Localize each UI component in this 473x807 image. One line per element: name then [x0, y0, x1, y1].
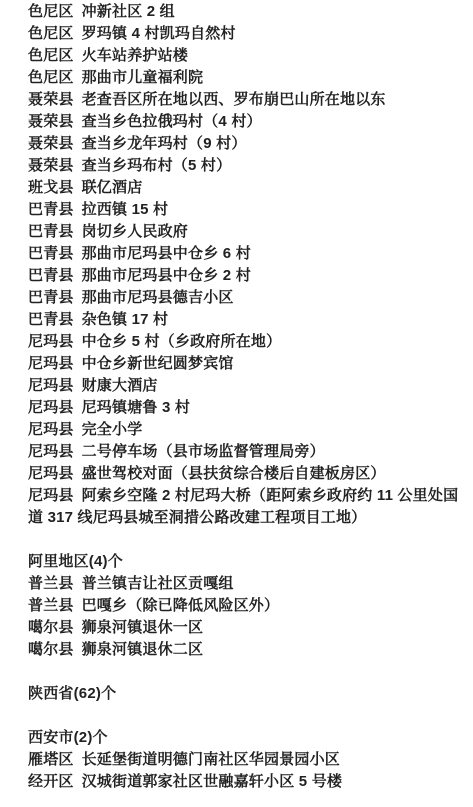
risk-area-entry: 经开区汉城街道郭家社区世融嘉轩小区 5 号楼 [28, 771, 469, 793]
place-label: 完全小学 [82, 421, 143, 438]
place-label: 查当乡玛布村（5 村） [82, 157, 232, 174]
risk-area-entry: 聂荣县老查吾区所在地以西、罗布崩巴山所在地以东 [28, 89, 469, 111]
place-label: 那曲市尼玛县中仓乡 2 村 [82, 267, 251, 284]
district-label: 色尼区 [28, 25, 74, 42]
place-label: 罗玛镇 4 村凯玛自然村 [82, 25, 236, 42]
risk-area-entry: 色尼区那曲市儿童福利院 [28, 67, 469, 89]
district-label: 尼玛县 [28, 421, 74, 438]
risk-area-entry: 巴青县拉西镇 15 村 [28, 199, 469, 221]
risk-area-entry: 尼玛县尼玛镇塘鲁 3 村 [28, 397, 469, 419]
place-label: 岗切乡人民政府 [82, 223, 188, 240]
place-label: 那曲市尼玛县德吉小区 [82, 289, 234, 306]
risk-area-entry: 巴青县那曲市尼玛县中仓乡 2 村 [28, 265, 469, 287]
district-label: 聂荣县 [28, 157, 74, 174]
district-label: 巴青县 [28, 201, 74, 218]
district-label: 尼玛县 [28, 355, 74, 372]
place-label: 拉西镇 15 村 [82, 201, 169, 218]
place-label: 二号停车场（县市场监督管理局旁） [82, 443, 325, 460]
risk-area-entry: 尼玛县阿索乡空隆 2 村尼玛大桥（距阿索乡政府约 11 公里处国道 317 线尼… [28, 485, 469, 529]
place-label: 盛世驾校对面（县扶贫综合楼后自建板房区） [82, 465, 386, 482]
district-label: 尼玛县 [28, 377, 74, 394]
risk-area-entry: 巴青县杂色镇 17 村 [28, 309, 469, 331]
district-label: 雁塔区 [28, 751, 74, 768]
place-label: 财康大酒店 [82, 377, 158, 394]
place-label: 汉城街道郭家社区世融嘉轩小区 5 号楼 [82, 773, 342, 790]
district-label: 普兰县 [28, 575, 74, 592]
risk-area-entry: 聂荣县查当乡龙年玛村（9 村） [28, 133, 469, 155]
place-label: 阿索乡空隆 2 村尼玛大桥（距阿索乡政府约 11 公里处国道 317 线尼玛县城… [28, 487, 458, 526]
blank-line [28, 661, 469, 683]
risk-area-entry: 色尼区罗玛镇 4 村凯玛自然村 [28, 23, 469, 45]
place-label: 尼玛镇塘鲁 3 村 [82, 399, 190, 416]
risk-area-entry: 聂荣县查当乡玛布村（5 村） [28, 155, 469, 177]
place-label: 狮泉河镇退休一区 [82, 619, 204, 636]
risk-area-document: 色尼区冲新社区 2 组色尼区罗玛镇 4 村凯玛自然村色尼区火车站养护站楼色尼区那… [0, 0, 473, 793]
district-label: 尼玛县 [28, 487, 74, 504]
district-label: 噶尔县 [28, 641, 74, 658]
risk-area-entry: 巴青县岗切乡人民政府 [28, 221, 469, 243]
district-label: 巴青县 [28, 223, 74, 240]
risk-area-entry: 普兰县普兰镇吉让社区贡嘎组 [28, 573, 469, 595]
place-label: 查当乡龙年玛村（9 村） [82, 135, 247, 152]
district-label: 聂荣县 [28, 135, 74, 152]
risk-area-entry: 雁塔区长延堡街道明德门南社区华园景园小区 [28, 749, 469, 771]
place-label: 联亿酒店 [82, 179, 143, 196]
risk-area-entry: 尼玛县盛世驾校对面（县扶贫综合楼后自建板房区） [28, 463, 469, 485]
district-label: 尼玛县 [28, 333, 74, 350]
district-label: 巴青县 [28, 289, 74, 306]
place-label: 那曲市尼玛县中仓乡 6 村 [82, 245, 251, 262]
risk-area-entry: 聂荣县查当乡色拉俄玛村（4 村） [28, 111, 469, 133]
place-label: 普兰镇吉让社区贡嘎组 [82, 575, 234, 592]
place-label: 冲新社区 2 组 [82, 3, 175, 20]
place-label: 中仓乡 5 村（乡政府所在地） [82, 333, 282, 350]
district-label: 色尼区 [28, 3, 74, 20]
district-label: 噶尔县 [28, 619, 74, 636]
place-label: 查当乡色拉俄玛村（4 村） [82, 113, 262, 130]
section-header: 西安市(2)个 [28, 727, 469, 749]
place-label: 杂色镇 17 村 [82, 311, 169, 328]
risk-area-entry: 噶尔县狮泉河镇退休一区 [28, 617, 469, 639]
district-label: 班戈县 [28, 179, 74, 196]
place-label: 老查吾区所在地以西、罗布崩巴山所在地以东 [82, 91, 386, 108]
district-label: 尼玛县 [28, 443, 74, 460]
district-label: 巴青县 [28, 267, 74, 284]
place-label: 那曲市儿童福利院 [82, 69, 204, 86]
blank-line [28, 705, 469, 727]
district-label: 尼玛县 [28, 399, 74, 416]
district-label: 色尼区 [28, 47, 74, 64]
risk-area-entry: 班戈县联亿酒店 [28, 177, 469, 199]
section-header: 阿里地区(4)个 [28, 551, 469, 573]
district-label: 色尼区 [28, 69, 74, 86]
district-label: 巴青县 [28, 245, 74, 262]
district-label: 普兰县 [28, 597, 74, 614]
district-label: 尼玛县 [28, 465, 74, 482]
risk-area-entry: 巴青县那曲市尼玛县德吉小区 [28, 287, 469, 309]
risk-area-entry: 尼玛县完全小学 [28, 419, 469, 441]
risk-area-entry: 巴青县那曲市尼玛县中仓乡 6 村 [28, 243, 469, 265]
risk-area-entry: 普兰县巴嘎乡（除已降低风险区外） [28, 595, 469, 617]
risk-area-entry: 尼玛县财康大酒店 [28, 375, 469, 397]
district-label: 经开区 [28, 773, 74, 790]
risk-area-entry: 尼玛县中仓乡新世纪圆梦宾馆 [28, 353, 469, 375]
risk-area-entry: 噶尔县狮泉河镇退休二区 [28, 639, 469, 661]
section-header: 陕西省(62)个 [28, 683, 469, 705]
risk-area-entry: 色尼区冲新社区 2 组 [28, 1, 469, 23]
place-label: 中仓乡新世纪圆梦宾馆 [82, 355, 234, 372]
place-label: 长延堡街道明德门南社区华园景园小区 [82, 751, 340, 768]
place-label: 狮泉河镇退休二区 [82, 641, 204, 658]
place-label: 巴嘎乡（除已降低风险区外） [82, 597, 280, 614]
place-label: 火车站养护站楼 [82, 47, 188, 64]
district-label: 巴青县 [28, 311, 74, 328]
risk-area-entry: 色尼区火车站养护站楼 [28, 45, 469, 67]
district-label: 聂荣县 [28, 91, 74, 108]
risk-area-entry: 尼玛县二号停车场（县市场监督管理局旁） [28, 441, 469, 463]
district-label: 聂荣县 [28, 113, 74, 130]
blank-line [28, 529, 469, 551]
risk-area-entry: 尼玛县中仓乡 5 村（乡政府所在地） [28, 331, 469, 353]
